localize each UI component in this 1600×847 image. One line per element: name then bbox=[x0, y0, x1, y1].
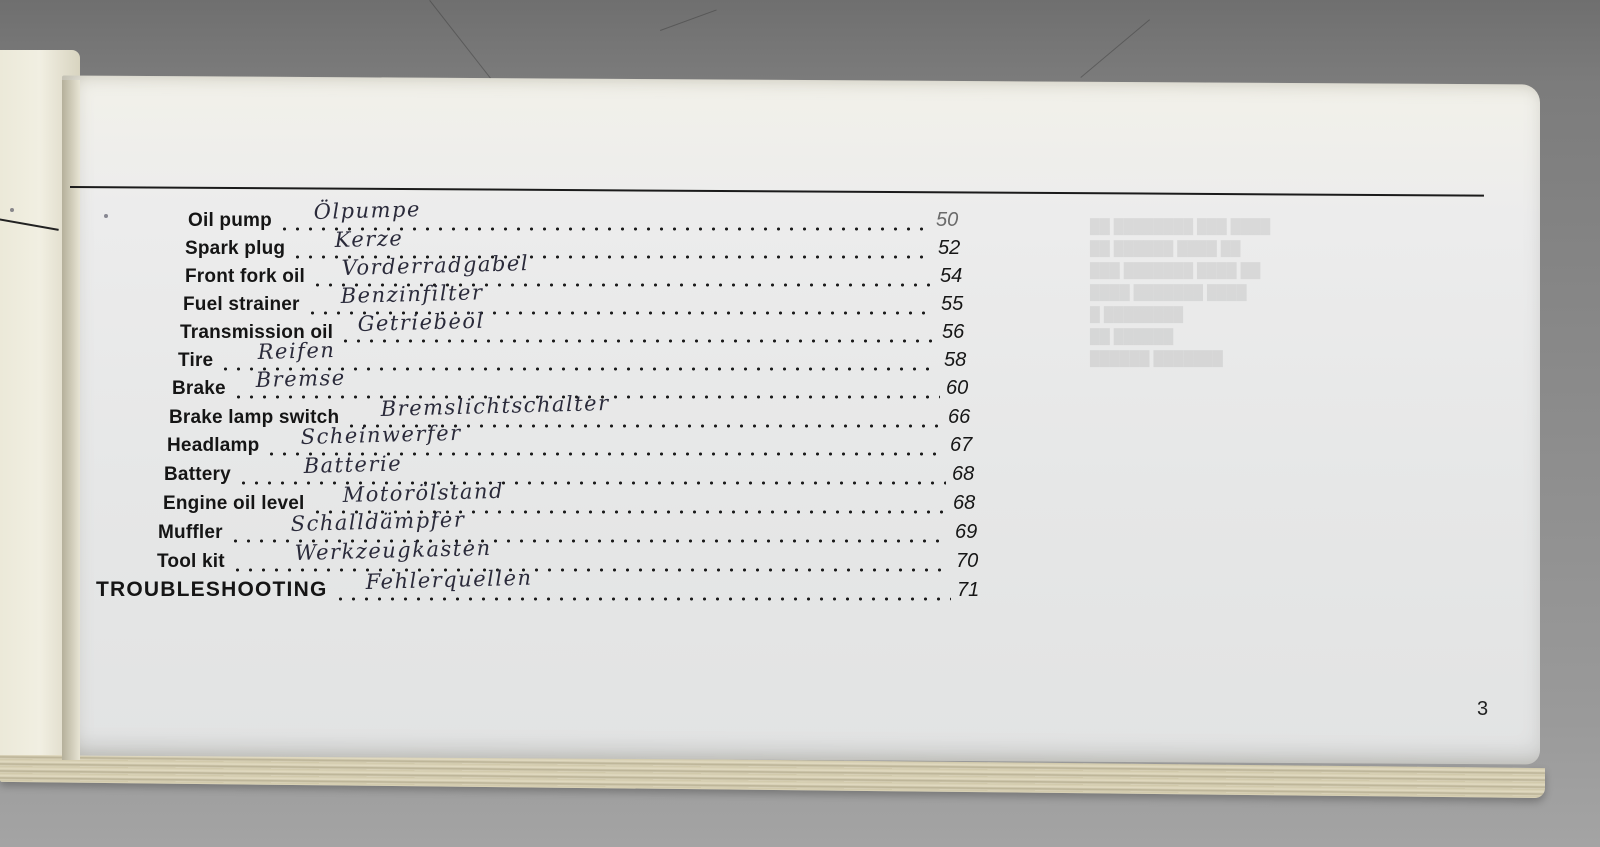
toc-entry-page: 56 bbox=[942, 321, 974, 344]
toc-entry-page: 58 bbox=[944, 349, 976, 372]
ink-speck bbox=[104, 214, 108, 218]
toc-entry-page: 69 bbox=[955, 521, 987, 544]
surface-scratch bbox=[1080, 19, 1150, 78]
handwritten-translation: Motorölstand bbox=[342, 479, 504, 507]
toc-entry: Battery 68 Batterie bbox=[164, 460, 984, 486]
toc-entry-page: 70 bbox=[956, 550, 988, 573]
toc-entry: Tool kit 70 Werkzeugkasten bbox=[157, 547, 988, 573]
toc-entry-label: Tool kit bbox=[157, 551, 225, 573]
toc-entry: Oil pump 50 Ölpumpe bbox=[188, 206, 968, 232]
toc-entry: Front fork oil 54 Vorderradgabel bbox=[185, 262, 972, 288]
toc-entry-page: 67 bbox=[950, 434, 982, 457]
toc-entry-page: 60 bbox=[946, 377, 978, 400]
toc-entry-page: 55 bbox=[941, 293, 973, 316]
handwritten-translation: Benzinfilter bbox=[340, 280, 483, 308]
handwritten-translation: Getriebeöl bbox=[357, 309, 485, 336]
toc-entry: Headlamp 67 Scheinwerfer bbox=[167, 431, 982, 457]
toc-entry-label: Oil pump bbox=[188, 210, 272, 232]
handwritten-translation: Reifen bbox=[257, 338, 335, 364]
toc-entry-label: Tire bbox=[178, 350, 213, 372]
toc-entry-page: 66 bbox=[948, 406, 980, 429]
toc-entry: Engine oil level 68 Motorölstand bbox=[163, 489, 985, 515]
handwritten-translation: Batterie bbox=[303, 451, 402, 478]
handwritten-translation: Bremse bbox=[255, 366, 346, 392]
toc-entry-label: Headlamp bbox=[167, 435, 259, 457]
reverse-side-bleed-through: ████ ███ ████████ ████ ████ ██████ ████ … bbox=[1090, 215, 1450, 415]
handwritten-translation: Kerze bbox=[334, 226, 403, 252]
toc-entry: Brake lamp switch 66 Bremslichtschalter bbox=[169, 403, 980, 429]
previous-page-rule bbox=[0, 215, 59, 231]
toc-entry: Fuel strainer 55 Benzinfilter bbox=[183, 290, 973, 316]
toc-entry-label: Spark plug bbox=[185, 238, 285, 260]
toc-entry-page: 71 bbox=[957, 579, 989, 602]
handwritten-translation: Ölpumpe bbox=[313, 197, 421, 224]
toc-entry: Spark plug 52 Kerze bbox=[185, 234, 970, 260]
toc-entry-label: Muffler bbox=[158, 522, 223, 544]
handwritten-translation: Vorderradgabel bbox=[341, 251, 529, 280]
toc-entry-page: 50 bbox=[936, 209, 968, 232]
ink-speck bbox=[10, 208, 14, 212]
toc-entry-label: Engine oil level bbox=[163, 493, 305, 515]
toc-entry-page: 54 bbox=[940, 265, 972, 288]
toc-entry-label: Brake bbox=[172, 378, 226, 400]
toc-entry-label: Fuel strainer bbox=[183, 294, 300, 316]
handwritten-translation: Fehlerquellen bbox=[365, 566, 532, 594]
toc-entry-page: 68 bbox=[952, 463, 984, 486]
surface-scratch bbox=[660, 9, 717, 30]
toc-entry-label: Battery bbox=[164, 464, 231, 486]
toc-entry-label: Front fork oil bbox=[185, 266, 305, 288]
page-gutter bbox=[62, 80, 80, 760]
toc-entry-label: TROUBLESHOOTING bbox=[96, 578, 328, 602]
toc-entry: Muffler 69 Schalldämpfer bbox=[158, 518, 987, 544]
handwritten-translation: Schalldämpfer bbox=[290, 507, 465, 536]
handwritten-translation: Scheinwerfer bbox=[300, 421, 462, 449]
toc-entry-page: 68 bbox=[953, 492, 985, 515]
surface-scratch bbox=[429, 0, 498, 87]
page-number: 3 bbox=[1477, 698, 1488, 721]
toc-entry-section: TROUBLESHOOTING 71 Fehlerquellen bbox=[96, 576, 989, 602]
toc-entry-page: 52 bbox=[938, 237, 970, 260]
